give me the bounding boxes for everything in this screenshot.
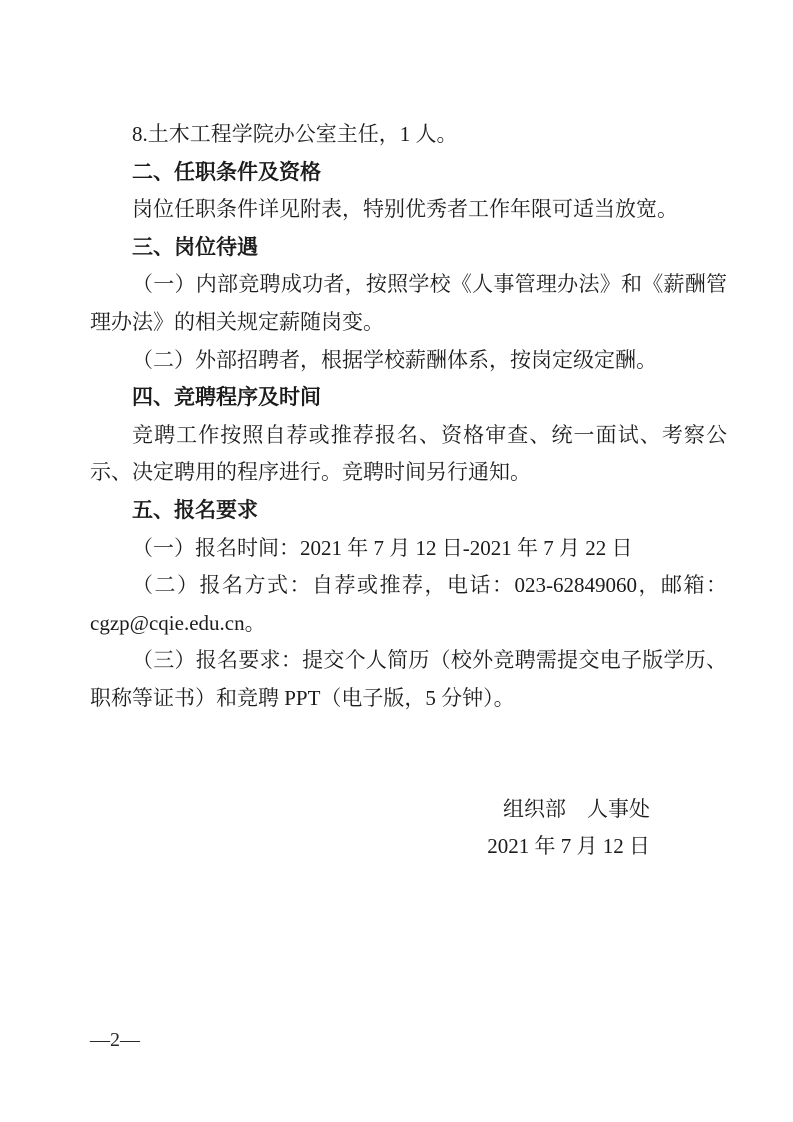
paragraph-procedure-description: 竞聘工作按照自荐或推荐报名、资格审查、统一面试、考察公示、决定聘用的程序进行。竞… — [90, 417, 727, 492]
page-number: —2— — [90, 1027, 140, 1053]
paragraph-item-8-civil-engineering-office-director: 8.土木工程学院办公室主任，1 人。 — [90, 116, 727, 154]
page: 8.土木工程学院办公室主任，1 人。 二、任职条件及资格 岗位任职条件详见附表，… — [0, 0, 793, 1122]
paragraph-internal-candidates: （一）内部竞聘成功者，按照学校《人事管理办法》和《薪酬管理办法》的相关规定薪随岗… — [90, 266, 727, 341]
signature-block: 组织部 人事处 2021 年 7 月 12 日 — [90, 791, 727, 866]
paragraph-external-candidates: （二）外部招聘者，根据学校薪酬体系，按岗定级定酬。 — [90, 342, 727, 380]
section-heading-5-application-requirements: 五、报名要求 — [90, 492, 727, 530]
section-heading-4-procedure-and-time: 四、竞聘程序及时间 — [90, 379, 727, 417]
paragraph-application-time: （一）报名时间：2021 年 7 月 12 日-2021 年 7 月 22 日 — [90, 530, 727, 568]
section-heading-2-qualifications: 二、任职条件及资格 — [90, 154, 727, 192]
paragraph-application-materials: （三）报名要求：提交个人简历（校外竞聘需提交电子版学历、职称等证书）和竞聘 PP… — [90, 642, 727, 717]
paragraph-qualification-details: 岗位任职条件详见附表，特别优秀者工作年限可适当放宽。 — [90, 191, 727, 229]
signature-department: 组织部 人事处 — [90, 791, 650, 829]
paragraph-application-method: （二）报名方式：自荐或推荐，电话：023-62849060，邮箱：cgzp@cq… — [90, 567, 727, 642]
document-page: { "colors": { "background": "#ffffff", "… — [0, 0, 793, 1122]
signature-date: 2021 年 7 月 12 日 — [90, 828, 650, 866]
document-body: 8.土木工程学院办公室主任，1 人。 二、任职条件及资格 岗位任职条件详见附表，… — [90, 0, 727, 866]
section-heading-3-compensation: 三、岗位待遇 — [90, 229, 727, 267]
